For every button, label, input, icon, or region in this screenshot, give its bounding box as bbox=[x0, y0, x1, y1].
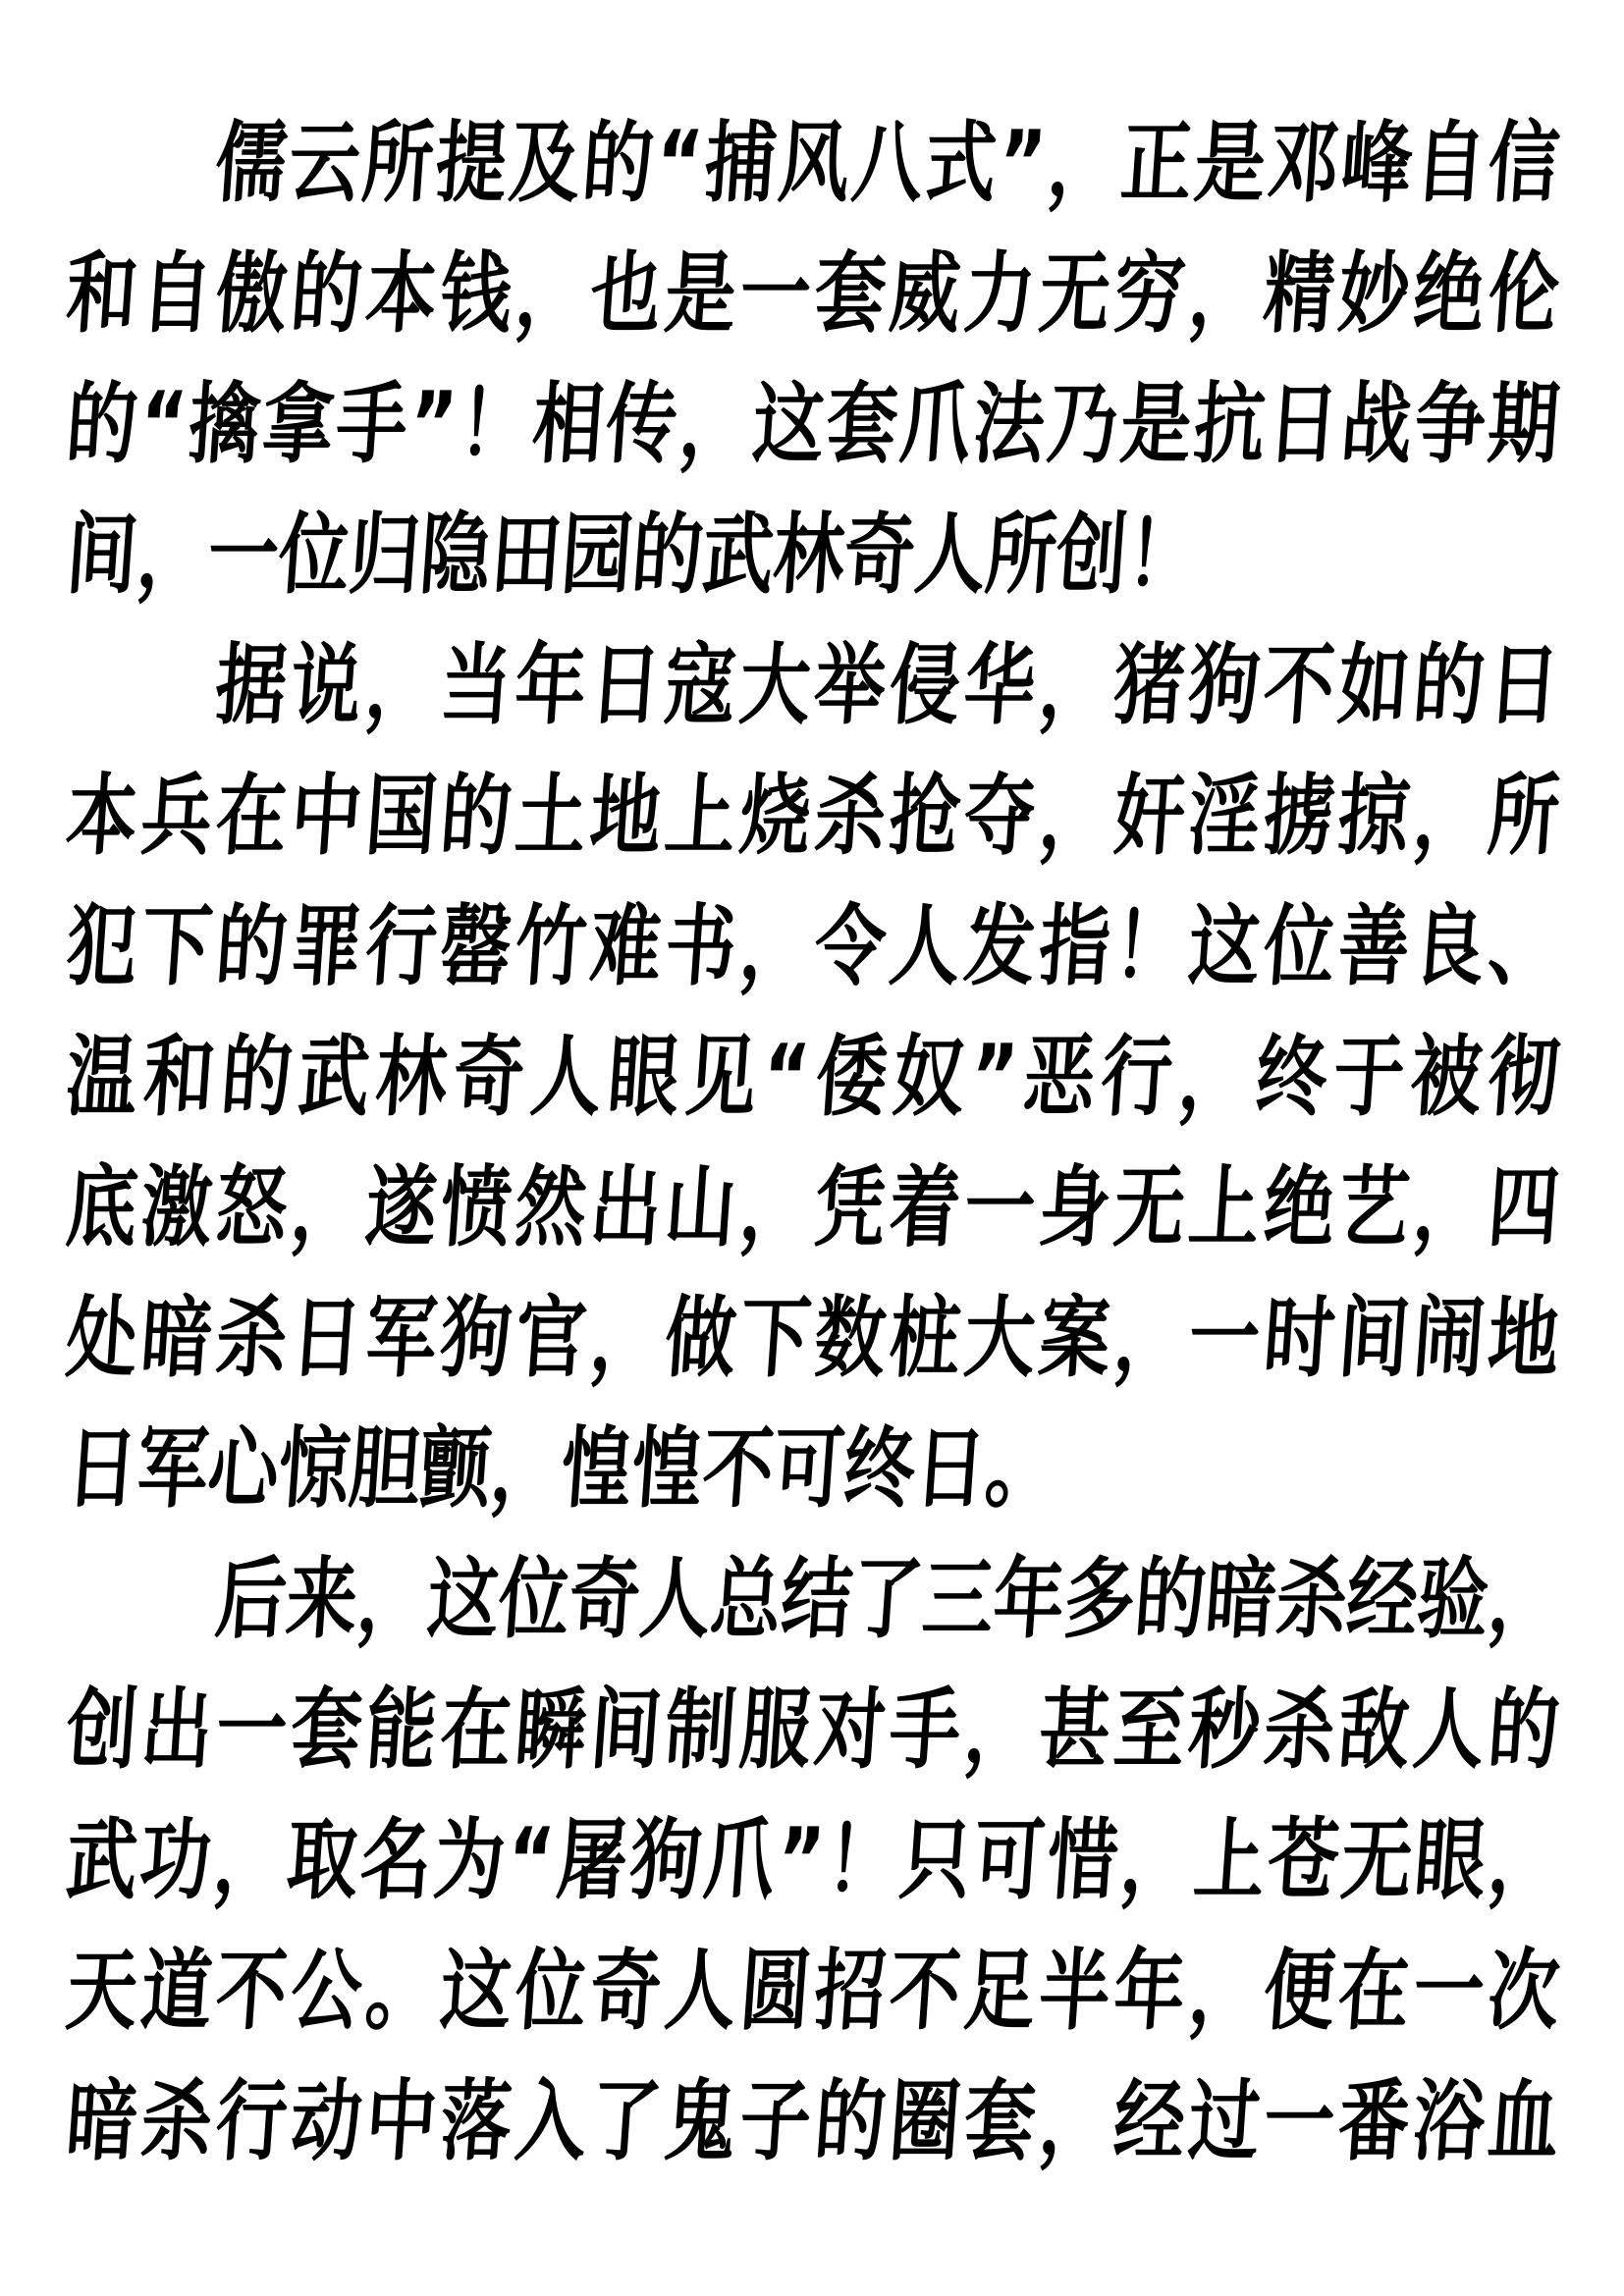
text-line: 底激怒，遂愤然出山，凭着一身无上绝艺，四 bbox=[62, 1143, 1563, 1273]
text-line: 暗杀行动中落入了鬼子的圈套，经过一番浴血 bbox=[62, 2056, 1563, 2187]
text-line: 天道不公。这位奇人圆招不足半年，便在一次 bbox=[62, 1926, 1563, 2056]
text-line: 武功，取名为“屠狗爪”！只可惜，上苍无眼， bbox=[62, 1795, 1563, 1926]
text-line: 后来，这位奇人总结了三年多的暗杀经验， bbox=[62, 1534, 1563, 1665]
novel-page: 儒云所提及的“捕风八式”，正是邓峰自信 和自傲的本钱，也是一套威力无穷，精妙绝伦… bbox=[65, 98, 1561, 2258]
text-line: 儒云所提及的“捕风八式”，正是邓峰自信 bbox=[62, 98, 1563, 229]
text-line: 据说，当年日寇大举侵华，猪狗不如的日 bbox=[62, 620, 1563, 751]
text-line: 的“擒拿手”！相传，这套爪法乃是抗日战争期 bbox=[62, 359, 1563, 490]
text-line: 本兵在中国的土地上烧杀抢夺，奸淫掳掠，所 bbox=[62, 751, 1563, 881]
text-line: 处暗杀日军狗官，做下数桩大案，一时间闹地 bbox=[62, 1273, 1563, 1404]
text-line: 和自傲的本钱，也是一套威力无穷，精妙绝伦 bbox=[62, 229, 1563, 359]
text-line: 日军心惊胆颤，惶惶不可终日。 bbox=[62, 1404, 1563, 1534]
text-line: 犯下的罪行罄竹难书，令人发指！这位善良、 bbox=[62, 881, 1563, 1012]
text-line: 创出一套能在瞬间制服对手，甚至秒杀敌人的 bbox=[62, 1665, 1563, 1795]
text-line: 间，一位归隐田园的武林奇人所创！ bbox=[62, 490, 1563, 620]
text-line: 温和的武林奇人眼见“倭奴”恶行，终于被彻 bbox=[62, 1012, 1563, 1143]
